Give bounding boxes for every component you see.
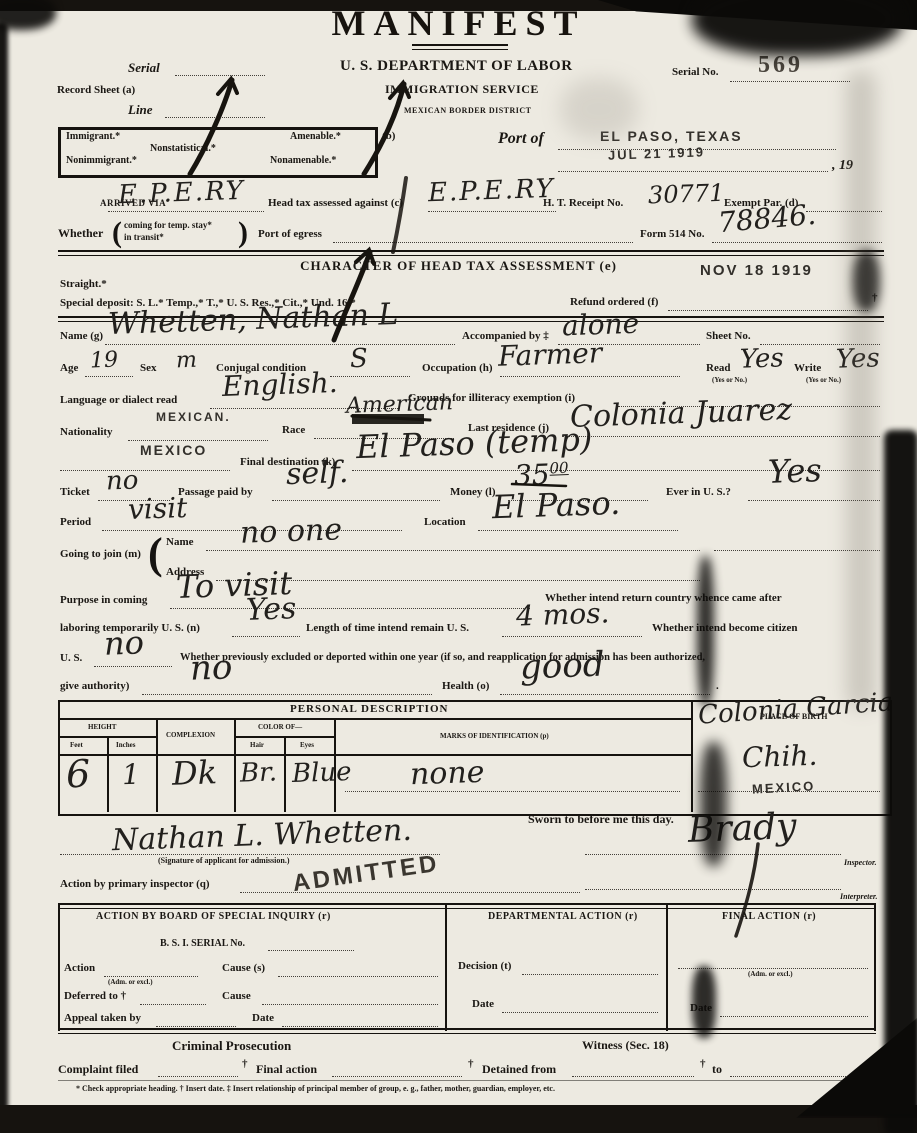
refund-ordered-label: Refund ordered (f) — [570, 296, 658, 308]
language-value: English. — [221, 366, 338, 403]
b-note: (b) — [382, 130, 395, 142]
interpreter-label: Interpreter. — [840, 892, 878, 901]
sworn-text: Sworn to before me this day. — [528, 812, 674, 827]
bsi-serial-label: B. S. I. SERIAL No. — [160, 938, 245, 949]
scan-blob-top-right — [692, 0, 902, 56]
authority-value: no — [189, 647, 233, 688]
period-label: Period — [60, 516, 91, 528]
period-value: visit — [127, 491, 187, 526]
scan-edge-bottom — [0, 1105, 917, 1133]
line-label: Line — [128, 102, 153, 118]
hair-header: Hair — [250, 741, 264, 749]
title-underline — [412, 44, 508, 50]
nonstatistical-label: Nonstatistical.* — [150, 143, 216, 154]
scan-edge-left — [0, 22, 8, 1133]
dagger-1: † — [242, 1058, 248, 1070]
criminal-title: Criminal Prosecution — [172, 1038, 291, 1054]
ever-us-value: Yes — [767, 451, 822, 491]
dept-action-title: DEPARTMENTAL ACTION (r) — [488, 911, 638, 922]
bsi-cause-label: Cause (s) — [222, 962, 265, 974]
dept-date-label: Date — [472, 998, 494, 1010]
head-tax-value: E.P.E.RY — [428, 174, 556, 208]
excluded-text: Whether previously excluded or deported … — [180, 652, 705, 663]
read-value: Yes — [739, 343, 784, 375]
inches-header: Inches — [116, 741, 135, 749]
ink-streak-mid — [697, 556, 714, 706]
record-sheet-label: Record Sheet (a) — [57, 84, 135, 96]
witness-title: Witness (Sec. 18) — [582, 1038, 669, 1053]
dagger-2: † — [468, 1058, 474, 1070]
money-label: Money (l) — [450, 486, 496, 498]
to-label: to — [712, 1062, 722, 1077]
final-adm-note: (Adm. or excl.) — [748, 970, 793, 978]
health-label: Health (o) — [442, 680, 489, 692]
sex-label: Sex — [140, 362, 157, 374]
nonimmigrant-label: Nonimmigrant.* — [66, 155, 137, 166]
receipt-value: 30771 — [648, 179, 725, 210]
read-note: (Yes or No.) — [712, 376, 747, 384]
ticket-label: Ticket — [60, 486, 90, 498]
feet-header: Feet — [70, 741, 83, 749]
location-label: Location — [424, 516, 466, 528]
bsi-cause2-label: Cause — [222, 990, 251, 1002]
occupation-value: Farmer — [497, 336, 602, 373]
marks-value: none — [409, 755, 485, 793]
footnote: * Check appropriate heading. † Insert da… — [76, 1084, 555, 1093]
citizen-text: Whether intend become citizen — [652, 622, 798, 634]
port-egress-label: Port of egress — [258, 228, 322, 240]
us-value: no — [103, 623, 144, 662]
join-name-label: Name — [166, 536, 194, 548]
nationality-label: Nationality — [60, 426, 113, 438]
race-label: Race — [282, 424, 305, 436]
feet-value: 6 — [65, 752, 91, 797]
district-title: MEXICAN BORDER DISTRICT — [404, 106, 532, 115]
stain-right-band — [846, 70, 876, 710]
temp-stay-label: coming for temp. stay* — [124, 220, 212, 230]
port-of-label: Port of — [498, 130, 544, 148]
join-name-value: no one — [239, 512, 342, 551]
date-received-stamp: JUL 21 1919 — [608, 144, 705, 162]
refund-date-stamp: NOV 18 1919 — [700, 262, 813, 279]
length-value: 4 mos. — [515, 596, 610, 632]
mexico-stamp: MEXICO — [140, 442, 207, 458]
read-label: Read — [706, 362, 730, 374]
bsi-appeal-label: Appeal taken by — [64, 1012, 141, 1024]
inspector-label: Inspector. — [844, 858, 877, 867]
residence-value: Colonia Juarez — [569, 392, 792, 435]
conjugal-value: S — [349, 344, 368, 375]
receipt-label: H. T. Receipt No. — [543, 197, 623, 209]
sex-value: m — [176, 348, 198, 374]
service-title: IMMIGRATION SERVICE — [385, 82, 539, 97]
dagger-3: † — [700, 1058, 706, 1070]
language-label: Language or dialect read — [60, 394, 177, 406]
age-value: 19 — [90, 348, 119, 374]
marks-header: MARKS OF IDENTIFICATION (p) — [440, 732, 549, 740]
bsi-date-label: Date — [252, 1012, 274, 1024]
complaint-label: Complaint filed — [58, 1062, 138, 1077]
head-tax-label: Head tax assessed against (c) — [268, 197, 403, 209]
length-label: Length of time intend remain U. S. — [306, 622, 469, 634]
hair-value: Br. — [239, 757, 277, 788]
decision-label: Decision (t) — [458, 960, 511, 972]
applicant-signature: Nathan L. Whetten. — [111, 813, 412, 858]
table-title: PERSONAL DESCRIPTION — [290, 703, 448, 715]
bsi-title: ACTION BY BOARD OF SPECIAL INQUIRY (r) — [96, 911, 331, 922]
signature-note: (Signature of applicant for admission.) — [158, 856, 290, 865]
ink-blob-right — [853, 250, 880, 312]
serial-no-value: 569 — [758, 52, 803, 79]
nationality-stamp: MEXICAN. — [156, 410, 231, 424]
straight-label: Straight.* — [60, 278, 107, 290]
inches-value: 1 — [121, 758, 140, 792]
height-header: HEIGHT — [88, 723, 116, 731]
complexion-value: Dk — [171, 753, 217, 793]
amenable-label: Amenable.* — [290, 131, 341, 142]
serial-no-label: Serial No. — [672, 66, 718, 78]
arrived-via-value: E.P.E.RY — [118, 176, 246, 210]
eyes-header: Eyes — [300, 741, 314, 749]
manifest-document-scan: MANIFEST Serial Record Sheet (a) Line U.… — [0, 0, 917, 1133]
ink-streak-lower — [700, 742, 727, 866]
ever-us-label: Ever in U. S.? — [666, 486, 731, 498]
serial-label: Serial — [128, 60, 160, 76]
birth-value-line2: Chih. — [741, 739, 817, 775]
complexion-header: COMPLEXION — [166, 731, 215, 739]
immigrant-label: Immigrant.* — [66, 131, 120, 142]
stain-top-center — [560, 78, 638, 140]
final-action-title: FINAL ACTION (r) — [722, 911, 816, 922]
passage-label: Passage paid by — [178, 486, 253, 498]
health-value: good — [519, 645, 605, 688]
bsi-deferred-label: Deferred to † — [64, 990, 126, 1002]
in-transit-label: in transit* — [124, 232, 164, 242]
laboring-value: Yes — [245, 591, 297, 628]
final-action-label: Final action — [256, 1062, 317, 1077]
us-label: U. S. — [60, 652, 82, 664]
bsi-adm-note: (Adm. or excl.) — [108, 978, 153, 986]
name-label: Name (g) — [60, 330, 103, 342]
detained-label: Detained from — [482, 1062, 556, 1077]
color-of-header: COLOR OF— — [258, 723, 302, 731]
bsi-action-label: Action — [64, 962, 95, 974]
location-value: El Paso. — [491, 484, 620, 526]
authority-label: give authority) — [60, 680, 129, 692]
age-label: Age — [60, 362, 78, 374]
primary-inspector-label: Action by primary inspector (q) — [60, 878, 210, 890]
race-redaction — [352, 414, 424, 424]
whether-label: Whether — [58, 226, 103, 241]
form-514-label: Form 514 No. — [640, 228, 704, 240]
purpose-label: Purpose in coming — [60, 594, 147, 606]
write-note: (Yes or No.) — [806, 376, 841, 384]
sheet-no-label: Sheet No. — [706, 330, 751, 342]
passage-value: self. — [285, 455, 349, 492]
nonamenable-label: Nonamenable.* — [270, 155, 336, 166]
write-label: Write — [794, 362, 821, 374]
occupation-label: Occupation (h) — [422, 362, 493, 374]
eyes-value: Blue — [291, 757, 352, 789]
form-514-value: 78846. — [717, 198, 817, 239]
ink-blob-final-date — [692, 966, 716, 1038]
dept-title: U. S. DEPARTMENT OF LABOR — [340, 58, 573, 75]
join-label: Going to join (m) — [60, 548, 141, 560]
